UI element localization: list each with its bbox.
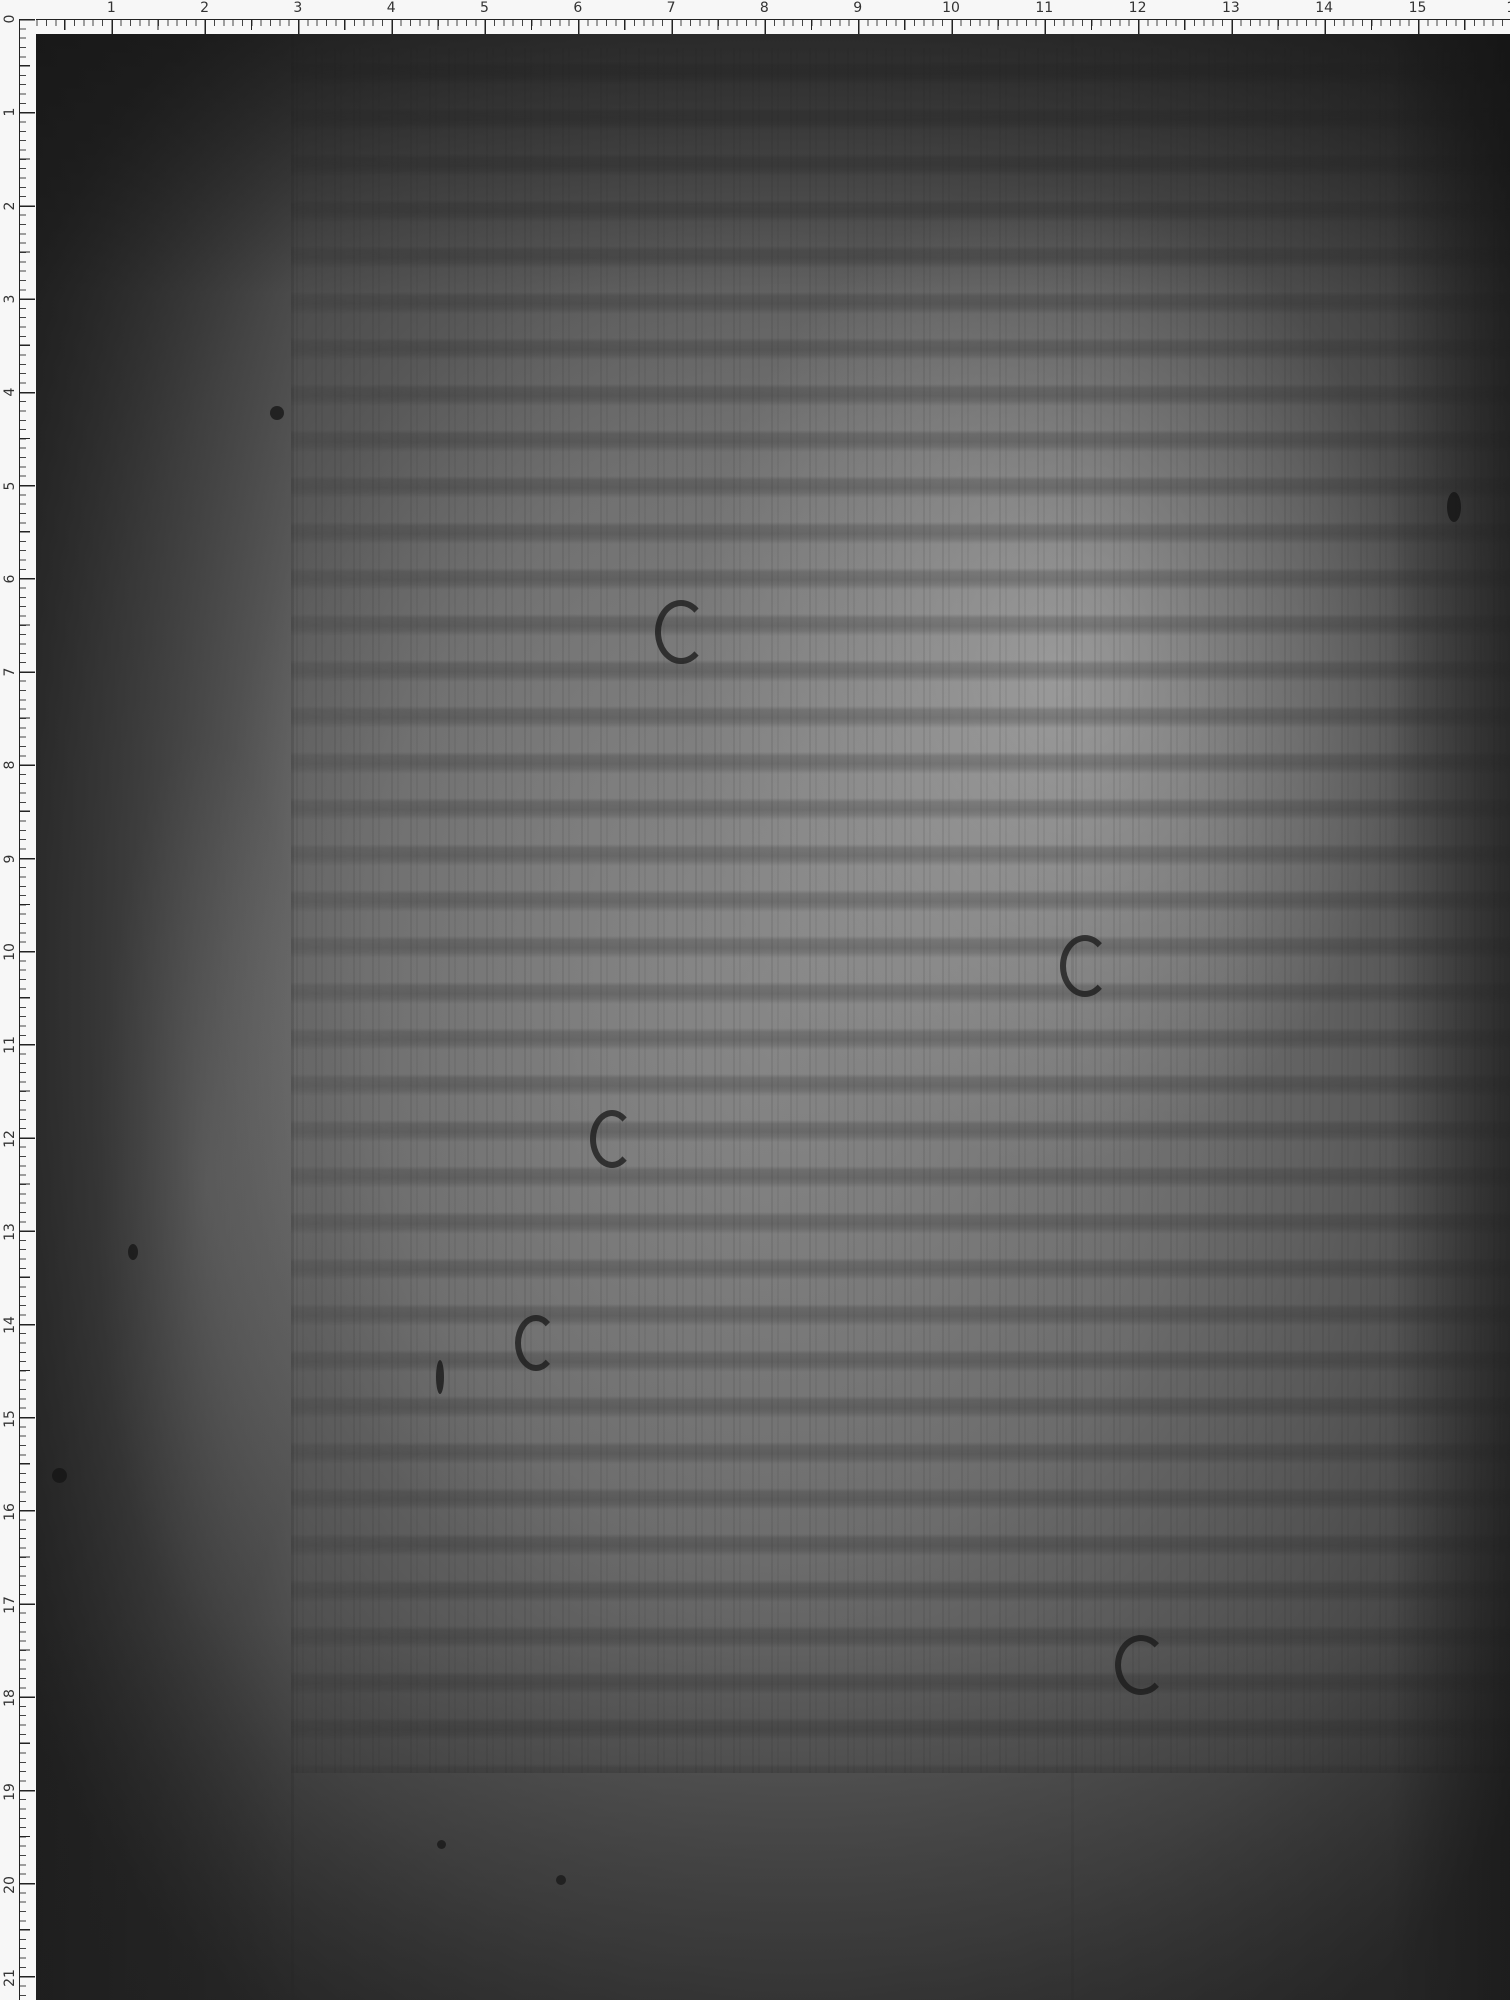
ruler-label: 6: [3, 570, 17, 588]
ruler-label: 7: [667, 0, 676, 16]
ruler-label: 17: [3, 1596, 17, 1614]
ruler-label: 11: [3, 1036, 17, 1054]
manuscript-image: [36, 34, 1510, 2000]
ruler-label: 15: [3, 1410, 17, 1428]
ruler-label: 1: [1506, 0, 1510, 16]
initial-C: [1060, 935, 1110, 997]
ruler-label: 3: [293, 0, 302, 16]
ruler-label: 14: [3, 1316, 17, 1334]
left-ruler: 0123456789101112131415161718192021: [0, 0, 36, 2000]
ruler-label: 1: [3, 103, 17, 121]
ruler-label: 5: [3, 477, 17, 495]
ruler-label: 12: [1129, 0, 1147, 16]
ruler-label: 21: [3, 1969, 17, 1987]
ruler-label: 3: [3, 290, 17, 308]
ruler-label: 13: [3, 1223, 17, 1241]
ruler-label: 18: [3, 1689, 17, 1707]
initial-C: [655, 600, 707, 664]
top-ruler-ticks: [18, 19, 1510, 35]
ruler-label: 9: [853, 0, 862, 16]
ruler-label: 12: [3, 1130, 17, 1148]
ruler-label: 14: [1315, 0, 1333, 16]
ink-blot: [436, 1360, 444, 1394]
ruler-label: 4: [387, 0, 396, 16]
ruler-label: 8: [3, 756, 17, 774]
top-ruler: 01234567891011121314151: [0, 0, 1510, 34]
ruler-label: 10: [942, 0, 960, 16]
ruler-label: 7: [3, 663, 17, 681]
initial-D: [515, 1315, 557, 1371]
ruler-label: 11: [1035, 0, 1053, 16]
ruler-label: 2: [200, 0, 209, 16]
left-ruler-ticks: [19, 19, 35, 2000]
ruler-label: 13: [1222, 0, 1240, 16]
ruler-label: 15: [1409, 0, 1427, 16]
ruler-label: 4: [3, 383, 17, 401]
ruler-label: 1: [107, 0, 116, 16]
ruler-label: 16: [3, 1503, 17, 1521]
ruler-label: 5: [480, 0, 489, 16]
ruler-label: 2: [3, 197, 17, 215]
text-strokes: [291, 48, 1510, 1773]
ruler-label: 8: [760, 0, 769, 16]
ruler-label: 19: [3, 1783, 17, 1801]
ruler-label: 0: [3, 10, 17, 28]
ruler-label: 6: [573, 0, 582, 16]
ruler-label: 10: [3, 943, 17, 961]
ruler-label: 9: [3, 850, 17, 868]
ruler-label: 20: [3, 1876, 17, 1894]
vignette: [36, 1620, 1510, 2000]
initial-D: [590, 1110, 634, 1168]
